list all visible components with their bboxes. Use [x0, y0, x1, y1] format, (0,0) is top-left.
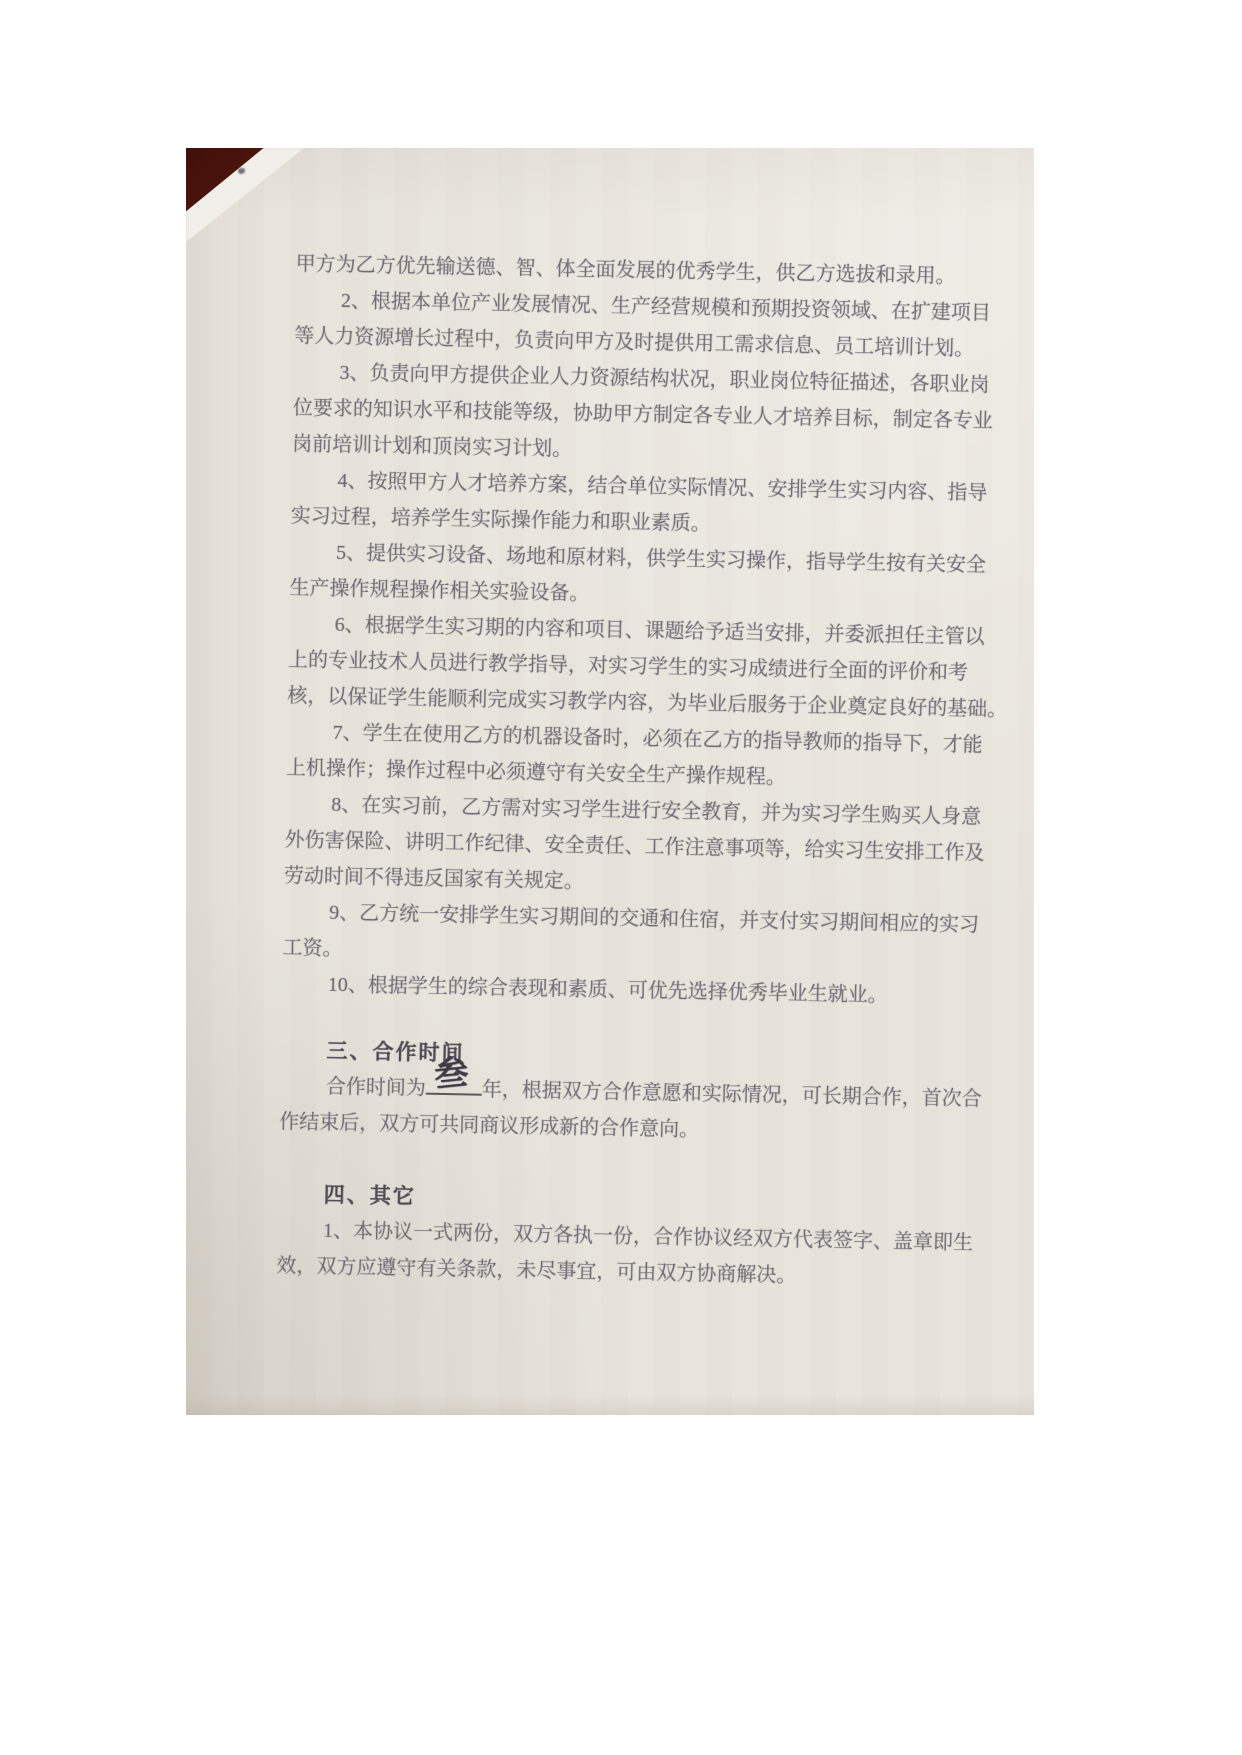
cooperation-duration-prefix: 合作时间为 [326, 1076, 426, 1100]
contract-text-block: 甲方为乙方优先输送德、智、体全面发展的优秀学生，供乙方选拔和录用。 2、根据本单… [276, 246, 1018, 1298]
handwritten-duration: 叁 [434, 1055, 469, 1095]
document-photo: 甲方为乙方优先输送德、智、体全面发展的优秀学生，供乙方选拔和录用。 2、根据本单… [186, 148, 1034, 1415]
fill-in-blank-underline: 叁 [426, 1073, 482, 1096]
cooperation-duration-suffix: 年，根据双方合作意愿和实际情况，可长期合作，首次合 [482, 1079, 982, 1111]
page-background: 甲方为乙方优先输送德、智、体全面发展的优秀学生，供乙方选拔和录用。 2、根据本单… [0, 0, 1242, 1755]
